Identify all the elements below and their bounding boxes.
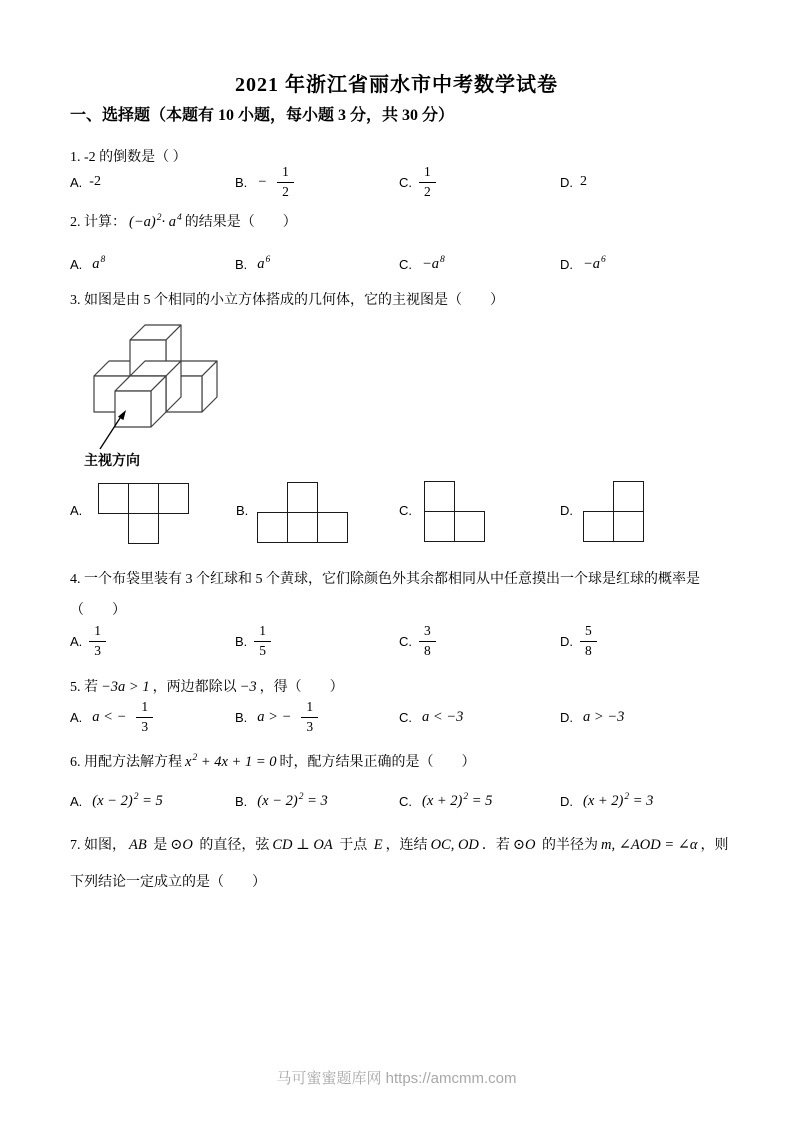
option-math: a6 [257, 255, 270, 273]
option-math: (x + 2)2 = 5 [422, 792, 492, 810]
stem-text: ，则 [701, 838, 729, 853]
q2-option-c: C. −a8 [399, 250, 448, 278]
fraction-denominator: 2 [419, 183, 436, 201]
q6-option-d: D. (x + 2)2 = 3 [560, 787, 656, 815]
q1-options: A. -2 B. − 12 C. 12 D. 2 [0, 162, 793, 202]
q7-stem-line2: 下列结论一定成立的是（ ） [70, 871, 266, 891]
view-direction-label: 主视方向 [84, 452, 140, 468]
stem-text: ，两边都除以 [153, 680, 237, 695]
stem-math: ⊙O [170, 837, 193, 853]
q2-stem: 2. 计算：(−a)2· a4的结果是（ ） [70, 211, 297, 231]
q5-option-b: B. a > − 13 [235, 694, 318, 740]
q1-option-b: B. − 12 [235, 162, 294, 202]
stem-math: (−a)2· a4 [129, 214, 182, 230]
q6-option-a: A. (x − 2)2 = 5 [70, 787, 166, 815]
fraction: 13 [136, 699, 153, 736]
option-label: A. [70, 503, 82, 518]
q5-option-c: C. a < −3 [399, 694, 466, 740]
stem-text: 是 [150, 838, 168, 853]
q1-option-d: D. 2 [560, 162, 587, 202]
option-label: D. [560, 710, 573, 725]
stem-text: 时，配方结果正确的是（ ） [279, 755, 475, 770]
q5-options: A. a < − 13 B. a > − 13 C. a < −3 D. a >… [0, 694, 793, 740]
stem-math: OC, OD [431, 837, 479, 853]
q3-options: A. B. C. D. [0, 473, 793, 549]
option-label: C. [399, 710, 412, 725]
q4-stem-line2: （ ） [70, 599, 126, 619]
option-label: D. [560, 794, 573, 809]
page-title: 2021 年浙江省丽水市中考数学试卷 [0, 68, 793, 97]
q1-option-c: C. 12 [399, 162, 436, 202]
q6-options: A. (x − 2)2 = 5 B. (x − 2)2 = 3 C. (x + … [0, 787, 793, 815]
view-direction-arrow [100, 410, 126, 449]
option-value: -2 [89, 174, 101, 190]
option-label: A. [70, 794, 82, 809]
option-math: a > −3 [583, 709, 624, 726]
option-math: a < − [92, 709, 126, 726]
shape-option-b [257, 482, 349, 544]
option-math: a8 [92, 255, 105, 273]
option-label: C. [399, 175, 412, 190]
stem-text: ，连结 [386, 838, 428, 853]
option-label: B. [235, 794, 247, 809]
option-math: (x + 2)2 = 3 [583, 792, 653, 810]
section-header: 一、选择题（本题有 10 小题，每小题 3 分，共 30 分） [70, 102, 454, 125]
minus-sign: − [257, 174, 267, 191]
shape-option-d [583, 481, 645, 543]
option-label: C. [399, 794, 412, 809]
q2-option-b: B. a6 [235, 250, 273, 278]
exam-page: 2021 年浙江省丽水市中考数学试卷 一、选择题（本题有 10 小题，每小题 3… [0, 0, 793, 1122]
option-math: (x − 2)2 = 5 [92, 792, 162, 810]
q5-option-d: D. a > −3 [560, 694, 627, 740]
fraction-numerator: 1 [419, 164, 436, 183]
option-math: a > − [257, 709, 291, 726]
option-math: (x − 2)2 = 3 [257, 792, 327, 810]
q6-stem: 6. 用配方法解方程x2 + 4x + 1 = 0时，配方结果正确的是（ ） [70, 751, 475, 771]
fraction: 13 [89, 623, 106, 660]
stem-math: ⊙O [513, 837, 536, 853]
q6-option-b: B. (x − 2)2 = 3 [235, 787, 331, 815]
stem-text: 5. 若 [70, 680, 98, 695]
option-label: B. [235, 175, 247, 190]
fraction-denominator: 2 [277, 183, 294, 201]
q6-option-c: C. (x + 2)2 = 5 [399, 787, 495, 815]
option-label: A. [70, 634, 82, 649]
fraction-numerator: 1 [277, 164, 294, 183]
q4-option-b: B. 15 [235, 617, 271, 665]
stem-text: 6. 用配方法解方程 [70, 755, 182, 770]
q4-stem-line1: 4. 一个布袋里装有 3 个红球和 5 个黄球，它们除颜色外其余都相同从中任意摸… [70, 568, 700, 588]
shape-option-c [424, 481, 486, 543]
q5-option-a: A. a < − 13 [70, 694, 153, 740]
q4-option-a: A. 13 [70, 617, 106, 665]
option-label: D. [560, 175, 573, 190]
stem-text: 2. 计算： [70, 215, 126, 230]
q4-options: A. 13 B. 15 C. 38 D. 58 [0, 617, 793, 665]
option-label: A. [70, 710, 82, 725]
option-math: −a8 [422, 255, 445, 273]
option-label: C. [399, 257, 412, 272]
stem-math: CD ⊥ OA [272, 837, 332, 853]
stem-text: 的直径，弦 [196, 838, 270, 853]
option-label: C. [399, 634, 412, 649]
stem-text: 于点 [336, 838, 371, 853]
option-label: D. [560, 257, 573, 272]
fraction: 38 [419, 623, 436, 660]
q2-option-a: A. a8 [70, 250, 108, 278]
watermark-footer: 马可蜜蜜题库网 https://amcmm.com [0, 1067, 793, 1088]
stem-math: x2 + 4x + 1 = 0 [185, 754, 276, 770]
q4-option-d: D. 58 [560, 617, 597, 665]
shape-option-a [98, 483, 190, 545]
q2-options: A. a8 B. a6 C. −a8 D. −a6 [0, 250, 793, 278]
q7-stem-line1: 7. 如图，AB 是⊙O 的直径，弦CD ⊥ OA 于点 E，连结OC, OD．… [70, 834, 729, 854]
option-label: D. [560, 503, 573, 518]
cubes-figure: 主视方向 [84, 322, 244, 470]
option-label: B. [235, 634, 247, 649]
cube-face [115, 391, 151, 427]
fraction: 12 [419, 164, 436, 201]
stem-math: −3a > 1 [101, 679, 150, 695]
option-label: D. [560, 634, 573, 649]
option-label: B. [235, 710, 247, 725]
stem-text: 7. 如图， [70, 838, 126, 853]
option-label: B. [235, 257, 247, 272]
fraction: 58 [580, 623, 597, 660]
stem-text: ，得（ ） [260, 680, 344, 695]
q5-stem: 5. 若−3a > 1，两边都除以−3，得（ ） [70, 676, 344, 696]
stem-text: 的半径为 [539, 838, 599, 853]
fraction: 13 [301, 699, 318, 736]
option-label: B. [236, 503, 248, 518]
option-value: 2 [580, 174, 587, 190]
stem-text: ．若 [482, 838, 510, 853]
stem-math: E [374, 837, 383, 853]
option-math: −a6 [583, 255, 606, 273]
q4-option-c: C. 38 [399, 617, 436, 665]
option-label: A. [70, 257, 82, 272]
q2-option-d: D. −a6 [560, 250, 609, 278]
fraction: 12 [277, 164, 294, 201]
stem-math: AB [129, 837, 147, 853]
stem-text: 的结果是（ ） [185, 215, 297, 230]
q1-option-a: A. -2 [70, 162, 101, 202]
option-label: C. [399, 503, 412, 518]
option-math: a < −3 [422, 709, 463, 726]
stem-math: −3 [240, 679, 257, 695]
fraction: 15 [254, 623, 271, 660]
option-label: A. [70, 175, 82, 190]
q3-stem: 3. 如图是由 5 个相同的小立方体搭成的几何体，它的主视图是（ ） [70, 289, 504, 309]
stem-math: m, ∠AOD = ∠α [601, 837, 697, 853]
